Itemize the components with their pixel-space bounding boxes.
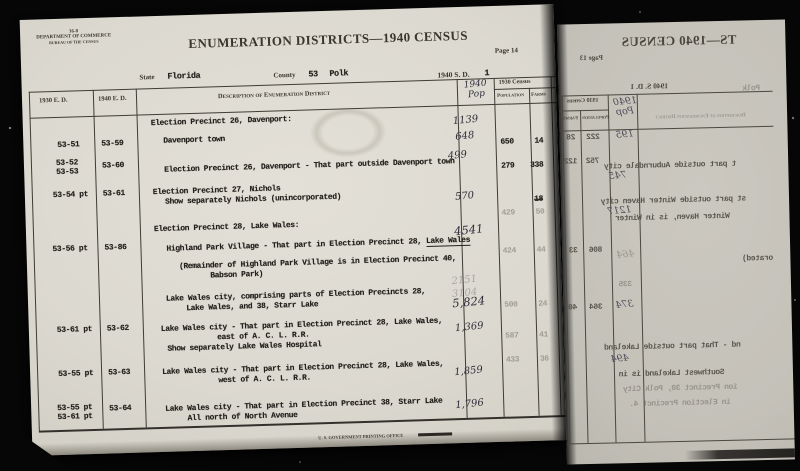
header-1940-ed: 1940 E. D. [98,95,127,103]
pop-1930: 279 [501,161,514,170]
col-rule [29,92,40,431]
description-line: Davenport town [163,135,225,146]
bleedthrough-number: 429 [501,208,514,217]
description-line: All north of North Avenue [187,411,297,423]
ed-1940: 53-64 [109,404,131,414]
verso-ghost-line: ion Precinct 30, Polk City [623,383,738,395]
verso-pop: 364 [589,303,602,312]
county-label: County [273,71,295,80]
verso-farms: 122 [564,157,577,166]
ed-1930b: 53-61 pt [57,412,92,422]
col-rule [136,89,147,428]
hw-1940-pop: 1139 [452,114,478,127]
description-line: Highland Park Village - That part in Ele… [166,236,470,254]
bleedthrough-number: 433 [506,355,519,364]
scanned-photo-background: 16-8 DEPARTMENT OF COMMERCE BUREAU OF TH… [0,0,800,471]
verso-farms: 33 [569,246,578,255]
note-line: Babson Park) [210,270,263,281]
ed-1930: 53-55 pt [58,369,93,379]
bleedthrough-number: 36 [540,354,549,363]
description-text: Highland Park Village - That part in Ele… [166,237,421,254]
verso-farms: 40 [568,303,577,312]
bleedthrough-number: 41 [539,330,548,339]
header-1940-pop-handwritten-line2: Pop [468,89,486,101]
bleedthrough-number: 44 [537,246,546,255]
hw-1940-pop: 570 [455,190,475,203]
verso-description-fragment: nd - That part outside Lakeland [604,341,741,353]
underlined-place-name: Lake Wales [426,236,470,247]
hw-1940-pop: 1,859 [454,364,484,378]
hw-1940-pop: 1,369 [454,320,484,334]
row-heading: Election Precinct 26, Davenport: [151,115,292,128]
verso-pop: 806 [589,246,602,255]
bleedthrough-number: 424 [503,246,516,255]
verso-rule [559,126,773,132]
verso-pop-ghost: 335 [619,280,632,289]
bleedthrough-number: 587 [505,331,518,340]
hw-1940-pop: 1,796 [455,397,485,411]
bleedthrough-handwritten: 2151 [451,274,477,287]
page-title: ENUMERATION DISTRICTS—1940 CENSUS [188,28,468,52]
verso-header-farms: Farms [563,115,578,121]
ed-1930: 53-61 pt [57,325,92,335]
verso-header-population: Population [582,114,609,121]
page-number: Page 14 [495,46,518,55]
verso-hw-pop-value: 494 [610,352,629,365]
ed-1930: 53-56 pt [52,244,87,254]
hw-1940-pop: 5,824 [452,293,486,310]
gpo-footer-number-smudge [418,432,452,436]
verso-col-rule [608,94,617,442]
ed-1930: 53-54 pt [53,190,88,200]
header-population: Population [497,92,524,99]
census-page-verso-mirrored: TS—1940 CENSUS Page 13 1940 S. D. 1 Polk… [557,19,795,464]
header-description: Description of Enumeration District [218,90,330,100]
table-bottom-rule [39,415,566,433]
verso-hw-pop-value: 464 [616,248,635,261]
county-code: 53 [308,69,318,79]
verso-hw-pop-value: 745 [608,169,627,182]
verso-description-fragment: orated) [742,254,773,264]
ed-1930b: 53-53 [56,167,78,177]
state-value: Florida [167,71,200,82]
header-1930-census: 1930 Census [499,79,531,86]
bleedthrough-number: 24 [538,299,547,308]
hw-1940-pop: 499 [447,149,467,162]
verso-header-description-ghost: Description of Enumeration District [655,112,746,120]
hw-1940-pop: 648 [455,130,475,143]
verso-hw-pop-value: 195 [615,128,634,141]
verso-title-fragment: TS—1940 CENSUS [621,32,736,51]
bleedthrough-number: 50 [535,208,544,217]
ed-1940: 53-62 [107,324,129,334]
ed-1940: 53-60 [102,161,124,171]
verso-ghost-line: in Election Precinct 4. [630,398,731,409]
verso-description-fragment: Winter Haven, is in Winter [615,212,730,224]
verso-page-number: Page 13 [580,54,603,63]
bleedthrough-number: 500 [504,300,517,309]
description-line: Lake Wales city - That part in Election … [165,397,442,414]
pop-1930: 650 [500,137,513,146]
note-line: (Remainder of Highland Park Village is i… [179,254,456,271]
farms-1930: 14 [534,137,543,146]
row-heading: Election Precinct 28, Lake Wales: [154,221,299,234]
sd-value: 1 [484,68,489,78]
state-label: State [139,73,154,81]
header-farms: Farms [531,91,546,97]
verso-pop: 752 [586,157,599,166]
ed-1940: 53-61 [103,189,125,199]
ed-1940: 53-86 [104,243,126,253]
ed-1940: 53-63 [108,368,130,378]
verso-rule [567,438,795,444]
farms-1930-struck: 18 [534,195,543,204]
verso-sd-line: 1940 S. D. 1 [630,81,668,91]
verso-hw-pop-value: 374 [615,298,634,311]
ed-1940: 53-59 [101,139,123,149]
verso-hw-pop: Pop [616,105,635,118]
verso-rule [559,91,773,97]
verso-header-1930-census: 1930 Census [567,98,599,105]
census-page-recto: 16-8 DEPARTMENT OF COMMERCE BUREAU OF TH… [20,4,567,456]
gpo-footer: U. S. GOVERNMENT PRINTING OFFICE [318,433,403,441]
ed-1930: 53-51 [57,140,79,150]
header-1930-ed: 1930 E. D. [39,97,68,105]
description-line: Show separately Lake Wales Hospital [167,340,321,354]
census-subheader-rule [494,87,556,90]
description-line: Election Precinct 26, Davenport - That p… [164,157,455,175]
county-value: Polk [329,68,348,79]
verso-farms: 28 [567,133,576,142]
verso-description-fragment: Southwest Lakeland is in [619,368,725,379]
verso-rule [559,110,608,112]
verso-pop: 222 [587,133,600,142]
farms-1930: 338 [530,161,543,170]
description-line: west of A. C. L. R.R. [218,374,311,386]
